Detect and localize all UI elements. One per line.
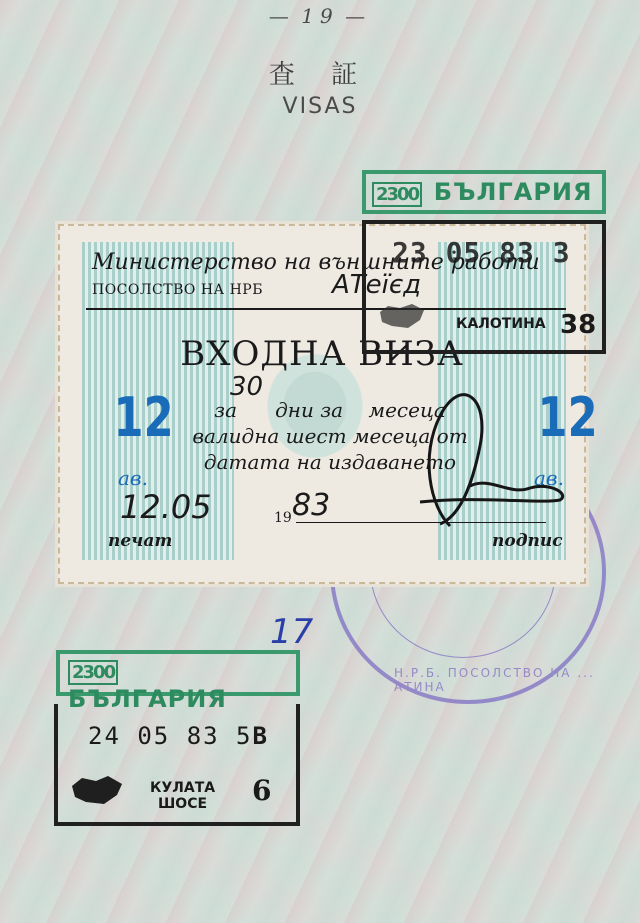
visas-heading-japanese: 査 証 [0,54,640,91]
blue-handwritten-number: 17 [270,612,313,652]
embassy-name: ПОСОЛСТВО НА НРБ [92,282,263,298]
exit-stamp-mark: В [253,722,269,750]
fee-unit-left: ав. [118,466,148,490]
exit-stamp-body: 24 05 83 5В КУЛАТА ШОСЕ 6 [54,704,300,826]
entry-stamp-header: 2300 БЪЛГАРИЯ [362,170,606,214]
entry-stamp-number: 38 [560,310,596,340]
entry-stamp-date: 23 05 83 3 [392,236,571,269]
exit-stamp-number: 6 [252,774,271,807]
exit-stamp-code: 2300 [68,660,118,685]
bulgaria-map-icon [70,774,124,808]
seal-label: печат [108,531,172,551]
entry-stamp-country: БЪЛГАРИЯ [434,178,593,206]
exit-stamp-checkpoint: КУЛАТА ШОСЕ [150,780,215,812]
issue-date-handwritten: 12.05 [120,488,212,526]
signature-label: подпис [492,531,563,551]
exit-stamp-header: 2300 БЪЛГАРИЯ [56,650,300,696]
entry-stamp-code: 2300 [372,182,422,207]
year-prefix: 19 [274,510,292,526]
visas-heading: VISAS [0,94,640,119]
year-handwritten: 83 [292,488,330,523]
entry-stamp-checkpoint: КАЛОТИНА [456,316,546,332]
embassy-seal-text: Н.Р.Б. ПОСОЛСТВО НА ... АТИНА [394,666,602,694]
consul-signature [360,376,580,546]
page-number: — 19 — [0,4,640,28]
exit-stamp-date: 24 05 83 5В [88,722,269,750]
bulgaria-map-icon [378,302,426,332]
